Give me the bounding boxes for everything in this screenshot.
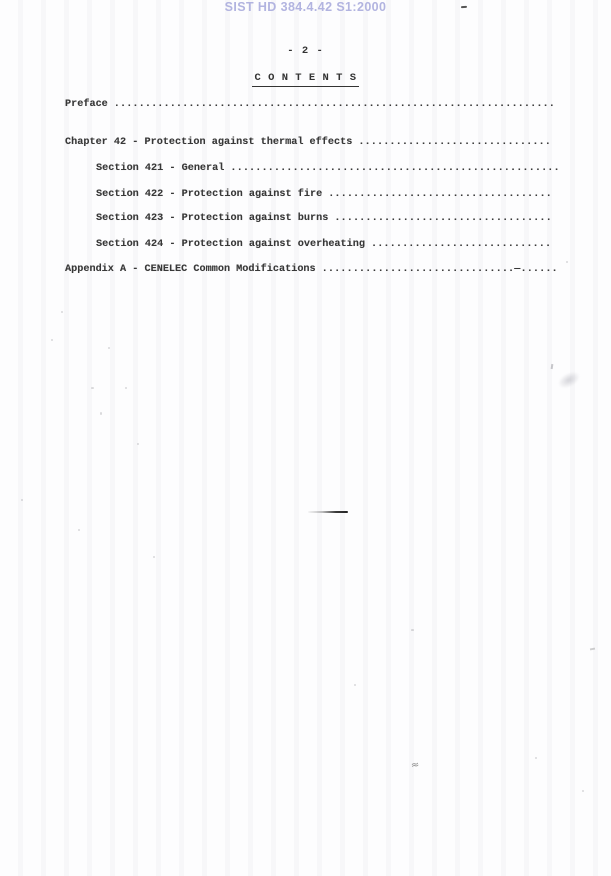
- toc-entry-label: Chapter 42 - Protection against thermal …: [65, 137, 352, 148]
- toc-entry-section-424: Section 424 - Protection against overhea…: [65, 239, 571, 251]
- dot-leader: ........................................…: [108, 99, 555, 110]
- dust-speck: [137, 443, 139, 445]
- dot-leader: ........................................…: [224, 163, 559, 174]
- table-of-contents: Preface.................................…: [0, 0, 611, 876]
- dot-leader: .............................: [365, 239, 551, 250]
- toc-entry-label: Section 421 - General: [96, 163, 224, 174]
- dust-speck: [61, 311, 63, 313]
- toc-entry-label: Section 424 - Protection against overhea…: [96, 239, 365, 250]
- toc-entry-chapter-42: Chapter 42 - Protection against thermal …: [65, 137, 571, 149]
- scan-dash-mark: [461, 6, 467, 8]
- dust-speck: [535, 757, 537, 759]
- dust-speck: [108, 347, 110, 349]
- dust-speck: [125, 387, 127, 389]
- dot-leader: ...............................—......: [316, 264, 558, 275]
- dust-speck: [566, 261, 568, 263]
- toc-entry-section-421: Section 421 - General...................…: [65, 163, 571, 175]
- dust-speck: [21, 499, 23, 501]
- toc-entry-section-422: Section 422 - Protection against fire...…: [65, 189, 571, 201]
- dot-leader: ...................................: [328, 213, 551, 224]
- toc-entry-preface: Preface.................................…: [65, 99, 571, 111]
- scan-squiggle-mark: ≈: [410, 759, 420, 771]
- dot-leader: ...............................: [352, 137, 551, 148]
- toc-entry-label: Preface: [65, 99, 108, 110]
- dust-speck: [51, 339, 53, 341]
- dust-speck: [354, 684, 356, 686]
- dot-leader: ....................................: [322, 189, 552, 200]
- dust-speck: [582, 790, 584, 792]
- document-page: SIST HD 384.4.42 S1:2000 - 2 - C O N T E…: [0, 0, 611, 876]
- toc-entry-label: Appendix A - CENELEC Common Modification…: [65, 264, 316, 275]
- dust-speck: [78, 529, 80, 531]
- toc-entry-appendix-a: Appendix A - CENELEC Common Modification…: [65, 264, 571, 276]
- toc-entry-section-423: Section 423 - Protection against burns..…: [65, 213, 571, 225]
- scan-pencil-smudge: [308, 511, 348, 513]
- dust-speck: [411, 629, 414, 631]
- dust-speck: [153, 556, 155, 558]
- dust-speck: [91, 387, 94, 389]
- toc-entry-label: Section 423 - Protection against burns: [96, 213, 328, 224]
- toc-entry-label: Section 422 - Protection against fire: [96, 189, 322, 200]
- dust-speck: [100, 412, 102, 415]
